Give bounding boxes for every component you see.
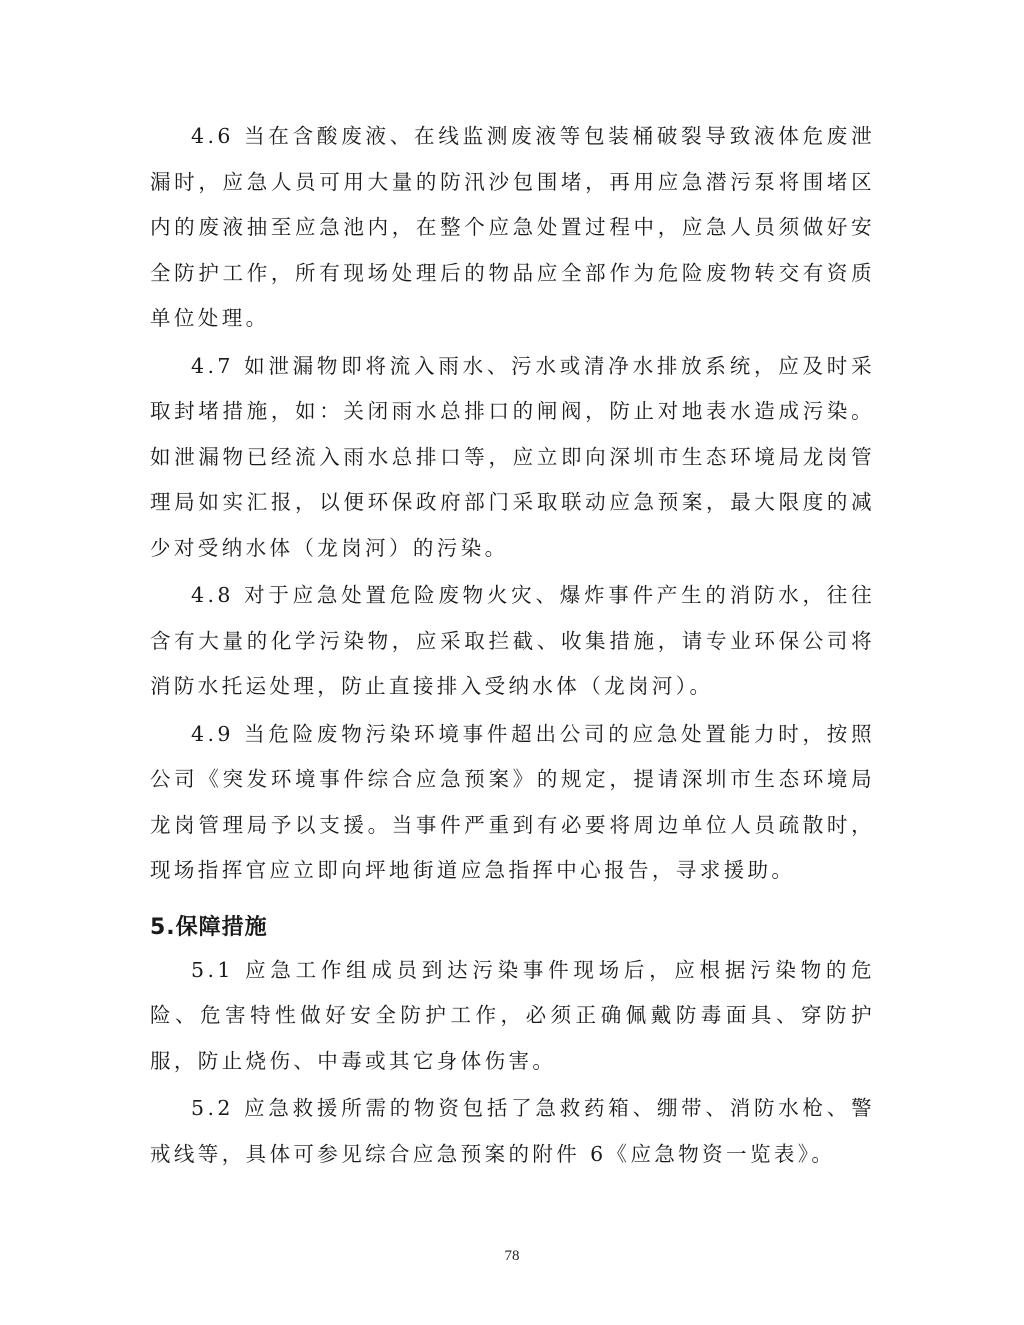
- paragraph-4-8: 4.8 对于应急处置危险废物火灾、爆炸事件产生的消防水，往往含有大量的化学污染物…: [150, 573, 875, 710]
- page-number: 78: [0, 1248, 1024, 1265]
- paragraph-4-6: 4.6 当在含酸废液、在线监测废液等包装桶破裂导致液体危废泄漏时，应急人员可用大…: [150, 114, 875, 342]
- paragraph-5-1: 5.1 应急工作组成员到达污染事件现场后，应根据污染物的危险、危害特性做好安全防…: [150, 948, 875, 1085]
- paragraph-5-2: 5.2 应急救援所需的物资包括了急救药箱、绷带、消防水枪、警戒线等，具体可参见综…: [150, 1086, 875, 1177]
- paragraph-4-7: 4.7 如泄漏物即将流入雨水、污水或清净水排放系统，应及时采取封堵措施，如：关闭…: [150, 344, 875, 572]
- document-page: 4.6 当在含酸废液、在线监测废液等包装桶破裂导致液体危废泄漏时，应急人员可用大…: [150, 114, 875, 1177]
- section-heading-5: 5.保障措施: [150, 908, 875, 948]
- paragraph-4-9: 4.9 当危险废物污染环境事件超出公司的应急处置能力时，按照公司《突发环境事件综…: [150, 712, 875, 894]
